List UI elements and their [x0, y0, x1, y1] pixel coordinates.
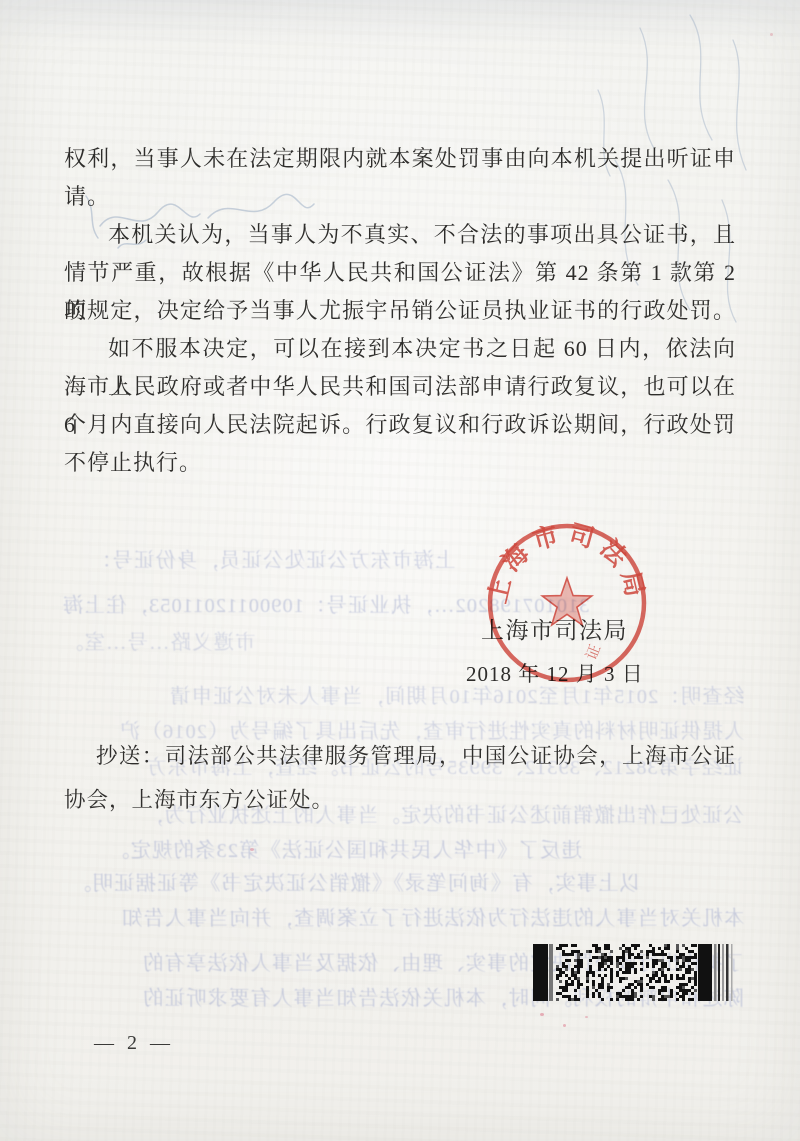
body-line: 请。: [64, 178, 736, 216]
bleedthrough-line: 经查明：2015年1月至2016年10月期间，当事人未对公证申请: [169, 679, 744, 709]
body-line: 本机关认为，当事人为不真实、不合法的事项出具公证书，且: [64, 216, 736, 254]
bleedthrough-line: 以上事实，有《询问笔录》《撤销公证决定书》等证据证明。: [70, 866, 640, 896]
seal-star-icon: [542, 578, 591, 625]
body-line: 如不服本决定，可以在接到本决定书之日起 60 日内，依法向上: [64, 330, 736, 368]
bleedthrough-line: 本机关对当事人的违法行为依法进行了立案调查，并向当事人告知: [121, 901, 745, 931]
bleedthrough-line: 违反了《中华人民共和国公证法》第23条的规定。: [108, 833, 582, 863]
official-red-seal: 上海市司法局 证: [483, 519, 651, 687]
ink-speck: [250, 848, 254, 851]
ink-speck: [540, 1013, 544, 1016]
ink-speck: [585, 1016, 588, 1018]
body-line: 个月内直接向人民法院起诉。行政复议和行政诉讼期间，行政处罚: [64, 406, 736, 444]
cc-line: 协会，上海市东方公证处。: [64, 778, 736, 822]
ink-speck: [563, 1024, 566, 1027]
bleedthrough-line: 上海市东方公证处公证员，身份证号：: [90, 543, 456, 573]
scanned-document-page: 上海市东方公证处公证员，身份证号：310107198202…，执业证号：1090…: [0, 0, 800, 1141]
body-line: 的规定，决定给予当事人尤振宇吊销公证员执业证书的行政处罚。: [64, 292, 736, 330]
body-line: 情节严重，故根据《中华人民共和国公证法》第 42 条第 1 款第 2 项: [64, 254, 736, 292]
cc-line: 抄送：司法部公共法律服务管理局，中国公证协会，上海市公证: [64, 734, 736, 778]
body-line: 不停止执行。: [64, 444, 736, 482]
cc-block: 抄送：司法部公共法律服务管理局，中国公证协会，上海市公证协会，上海市东方公证处。: [64, 734, 736, 822]
ink-speck: [770, 33, 773, 36]
barcode: [533, 944, 737, 1001]
seal-inner-mark: 证: [583, 642, 604, 662]
body-line: 权利，当事人未在法定期限内就本案处罚事由向本机关提出听证申: [64, 140, 736, 178]
document-body: 权利，当事人未在法定期限内就本案处罚事由向本机关提出听证申请。本机关认为，当事人…: [64, 140, 736, 482]
body-line: 海市人民政府或者中华人民共和国司法部申请行政复议，也可以在 6: [64, 368, 736, 406]
page-number: — 2 —: [94, 1032, 174, 1055]
bleedthrough-line: 市遵义路…号…室。: [62, 625, 256, 655]
